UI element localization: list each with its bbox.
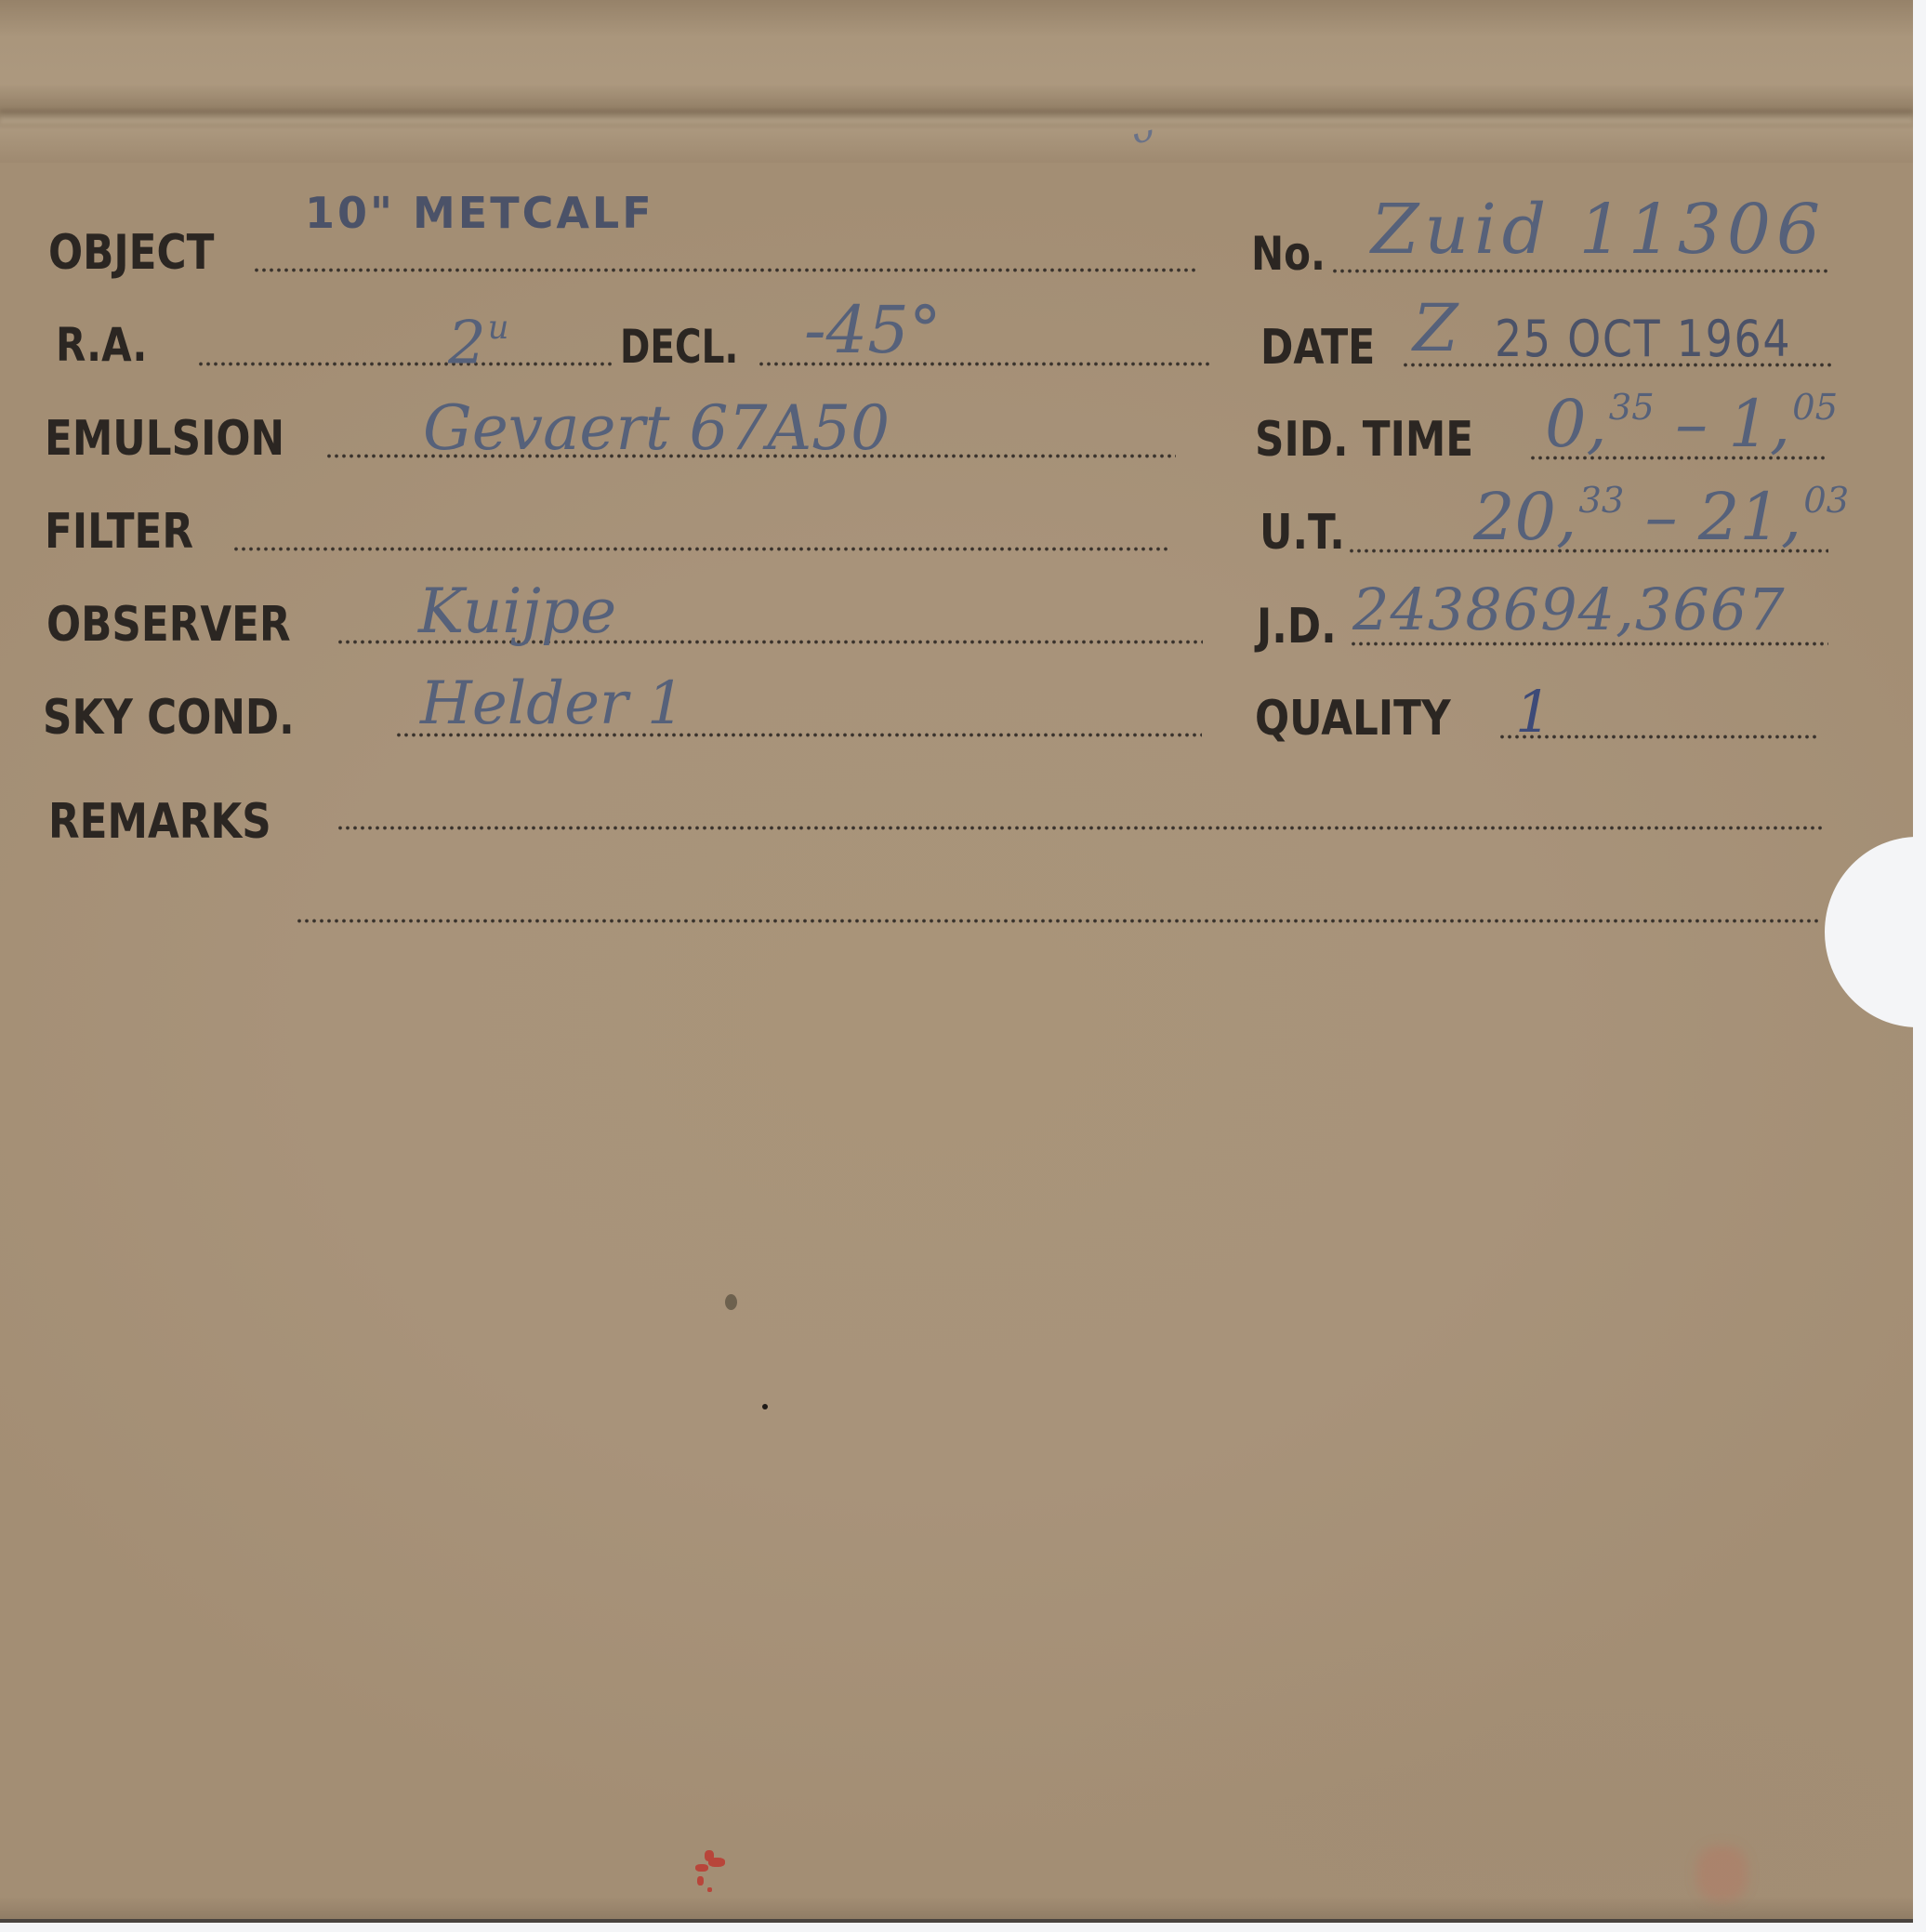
date-prefix: Z — [1413, 296, 1458, 361]
jd-value: 2438694,3667 — [1352, 581, 1786, 639]
filter-field[interactable] — [232, 547, 1171, 551]
remarks-field-line-1[interactable] — [336, 826, 1822, 830]
sid-time-value: 0,35 – 1,05 — [1545, 390, 1838, 457]
bottom-edge-shadow — [0, 1897, 1913, 1919]
ut-value: 20,33 – 21,03 — [1473, 483, 1849, 549]
ra-label: R.A. — [56, 322, 147, 368]
ra-unit: u — [488, 309, 509, 347]
red-stain-right — [1696, 1846, 1748, 1901]
telescope-stamp: 10" METCALF — [305, 192, 654, 234]
ra-field[interactable] — [197, 362, 613, 366]
emulsion-value: Gevaert 67A50 — [423, 398, 890, 459]
ink-dot — [762, 1404, 768, 1409]
sid-start-min: 35 — [1609, 387, 1655, 429]
sid-start-hour: 0, — [1545, 386, 1607, 462]
ink-spot — [725, 1294, 737, 1310]
number-label: No. — [1251, 231, 1326, 277]
filter-label: FILTER — [45, 508, 193, 556]
decl-label: DECL. — [620, 324, 738, 370]
sky-cond-label: SKY COND. — [43, 694, 295, 742]
quality-value: 1 — [1515, 683, 1551, 741]
jd-label: J.D. — [1257, 602, 1337, 651]
object-label: OBJECT — [48, 229, 214, 277]
ut-end-min: 03 — [1803, 480, 1849, 522]
remarks-field-line-2[interactable] — [296, 919, 1822, 923]
plate-envelope: 10" METCALF OBJECT R.A. 2u DECL. -45° EM… — [0, 0, 1913, 1923]
decl-value: -45° — [804, 298, 942, 363]
ut-label: U.T. — [1260, 509, 1345, 557]
number-value: Zuid 11306 — [1371, 195, 1826, 264]
ut-start-min: 33 — [1578, 480, 1624, 522]
scan-background-bottom — [0, 1923, 1926, 1932]
date-label: DATE — [1260, 324, 1375, 372]
sid-separator: – — [1675, 386, 1708, 462]
ut-end-hour: 21, — [1698, 479, 1801, 555]
remarks-label: REMARKS — [48, 798, 271, 846]
observer-label: OBSERVER — [46, 601, 291, 649]
date-stamp: 25 OCT 1964 — [1495, 314, 1791, 364]
sid-end-min: 05 — [1792, 387, 1838, 429]
object-field[interactable] — [253, 268, 1196, 272]
observer-value: Kuijpe — [418, 581, 616, 642]
scan-background-right — [1913, 0, 1926, 1932]
quality-label: QUALITY — [1255, 695, 1451, 743]
ra-hours: 2 — [448, 309, 486, 377]
sid-end-hour: 1, — [1728, 386, 1790, 462]
fold-crease — [0, 110, 1913, 123]
emulsion-label: EMULSION — [45, 415, 284, 463]
sid-time-label: SID. TIME — [1255, 416, 1473, 464]
ut-start-hour: 20, — [1473, 479, 1576, 555]
ra-value: 2u — [448, 311, 508, 373]
ut-separator: – — [1645, 479, 1678, 555]
top-fold — [0, 0, 1913, 163]
sky-cond-value: Helder 1 — [420, 674, 685, 734]
